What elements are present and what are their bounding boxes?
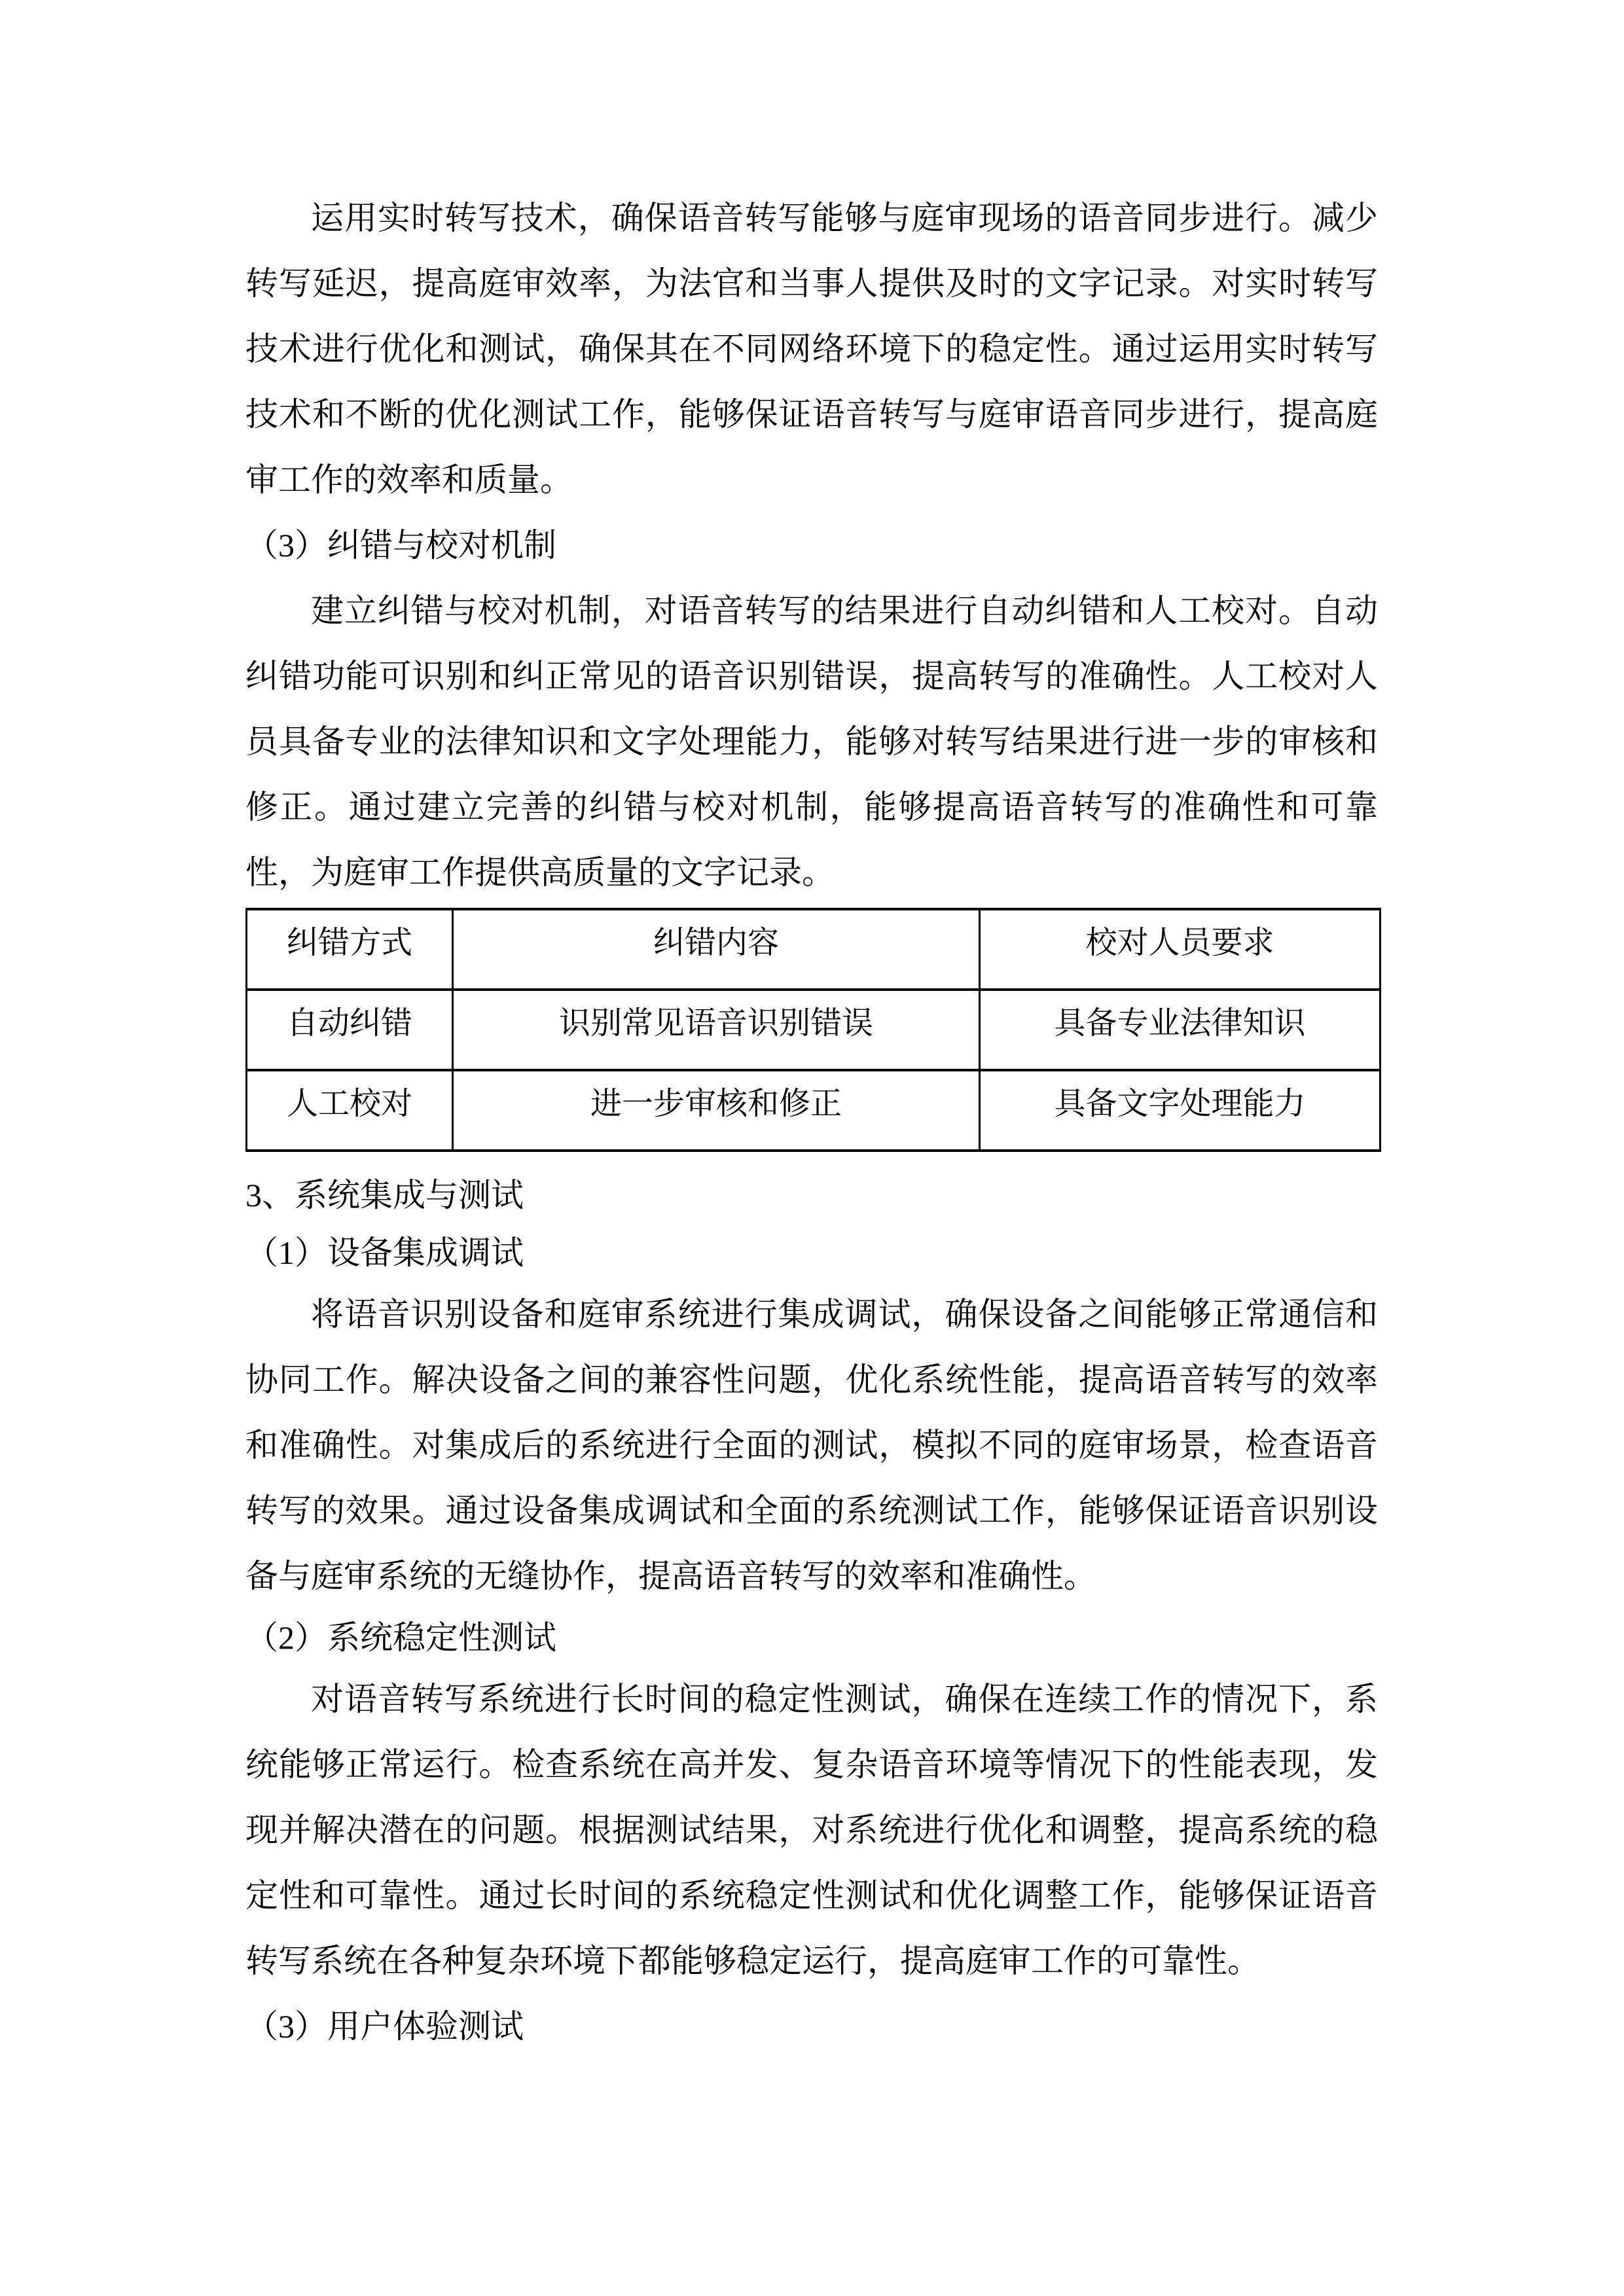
table-cell: 具备专业法律知识 (980, 990, 1380, 1070)
table-row: 人工校对 进一步审核和修正 具备文字处理能力 (247, 1070, 1380, 1151)
paragraph-line: 运用实时转写技术，确保语音转写能够与庭审现场的语音同步进行。减少 (245, 185, 1378, 251)
table-cell: 具备文字处理能力 (980, 1070, 1380, 1151)
paragraph-line: 技术和不断的优化测试工作，能够保证语音转写与庭审语音同步进行，提高庭 (245, 382, 1378, 447)
table-cell: 自动纠错 (247, 990, 453, 1070)
paragraph-line: 转写的效果。通过设备集成调试和全面的系统测试工作，能够保证语音识别设 (245, 1478, 1378, 1543)
document-body: 运用实时转写技术，确保语音转写能够与庭审现场的语音同步进行。减少 转写延迟，提高… (245, 185, 1378, 2059)
paragraph-line: 定性和可靠性。通过长时间的系统稳定性测试和优化调整工作，能够保证语音 (245, 1863, 1378, 1928)
paragraph-line: 技术进行优化和测试，确保其在不同网络环境下的稳定性。通过运用实时转写 (245, 316, 1378, 382)
table-cell: 人工校对 (247, 1070, 453, 1151)
paragraph-line: 审工作的效率和质量。 (245, 447, 1378, 512)
paragraph-line: 建立纠错与校对机制，对语音转写的结果进行自动纠错和人工校对。自动 (245, 578, 1378, 643)
document-page: 运用实时转写技术，确保语音转写能够与庭审现场的语音同步进行。减少 转写延迟，提高… (0, 0, 1624, 2296)
paragraph-line: 将语音识别设备和庭审系统进行集成调试，确保设备之间能够正常通信和 (245, 1282, 1378, 1347)
paragraph-line: 转写系统在各种复杂环境下都能够稳定运行，提高庭审工作的可靠性。 (245, 1928, 1378, 1994)
paragraph-line: 统能够正常运行。检查系统在高并发、复杂语音环境等情况下的性能表现，发 (245, 1732, 1378, 1797)
paragraph-line: 对语音转写系统进行长时间的稳定性测试，确保在连续工作的情况下，系 (245, 1666, 1378, 1732)
table-header-cell: 纠错方式 (247, 909, 453, 990)
paragraph-line: 修正。通过建立完善的纠错与校对机制，能够提高语音转写的准确性和可靠 (245, 774, 1378, 840)
paragraph-line: 备与庭审系统的无缝协作，提高语音转写的效率和准确性。 (245, 1543, 1378, 1609)
table-row: 自动纠错 识别常见语音识别错误 具备专业法律知识 (247, 990, 1380, 1070)
paragraph-line: 性，为庭审工作提供高质量的文字记录。 (245, 840, 1378, 905)
paragraph-line: 纠错功能可识别和纠正常见的语音识别错误，提高转写的准确性。人工校对人 (245, 643, 1378, 709)
paragraph-line: 和准确性。对集成后的系统进行全面的测试，模拟不同的庭审场景，检查语音 (245, 1412, 1378, 1478)
table-header-cell: 纠错内容 (453, 909, 980, 990)
table-cell: 识别常见语音识别错误 (453, 990, 980, 1070)
table-cell: 进一步审核和修正 (453, 1070, 980, 1151)
paragraph-line: 协同工作。解决设备之间的兼容性问题，优化系统性能，提高语音转写的效率 (245, 1347, 1378, 1412)
paragraph-line: 转写延迟，提高庭审效率，为法官和当事人提供及时的文字记录。对实时转写 (245, 251, 1378, 316)
heading-stability-test: （2）系统稳定性测试 (245, 1609, 1378, 1666)
table-header-cell: 校对人员要求 (980, 909, 1380, 990)
heading-correction-mechanism: （3）纠错与校对机制 (245, 512, 1378, 578)
paragraph-line: 现并解决潜在的问题。根据测试结果，对系统进行优化和调整，提高系统的稳 (245, 1797, 1378, 1863)
correction-methods-table: 纠错方式 纠错内容 校对人员要求 自动纠错 识别常见语音识别错误 具备专业法律知… (245, 908, 1381, 1152)
heading-user-experience-test: （3）用户体验测试 (245, 1994, 1378, 2059)
paragraph-line: 员具备专业的法律知识和文字处理能力，能够对转写结果进行进一步的审核和 (245, 709, 1378, 774)
heading-system-integration: 3、系统集成与测试 (245, 1166, 1378, 1224)
heading-device-integration: （1）设备集成调试 (245, 1224, 1378, 1282)
table-header-row: 纠错方式 纠错内容 校对人员要求 (247, 909, 1380, 990)
